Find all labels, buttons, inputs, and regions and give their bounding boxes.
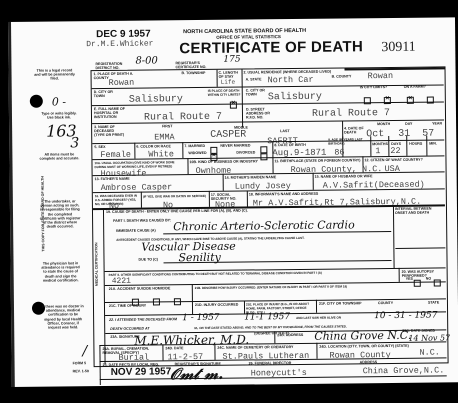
- part-1-label: PART I. DEATH WAS CAUSED BY:: [113, 218, 171, 223]
- widowed-label: WIDOWED: [188, 151, 206, 155]
- registrar-cert-number: 175: [223, 55, 240, 65]
- age-months: 1: [375, 146, 380, 156]
- age-min-label: Min.: [429, 142, 437, 146]
- city-label: d. CITY OR TOWN: [94, 90, 116, 98]
- rev-label: Rev. 1-50: [73, 369, 89, 373]
- within-limits-checkbox[interactable]: [230, 97, 237, 115]
- physician-address-label: 23b. ADDRESS: [277, 333, 303, 337]
- medical-certification-label: MEDICAL CERTIFICATION: [94, 242, 98, 286]
- residence-city-label: c. CITY OR TOWN: [246, 88, 266, 96]
- injury-county-label: COUNTY: [378, 301, 393, 305]
- funeral-address-label: ADDRESS: [360, 360, 378, 364]
- birth-date-label: 8. DATE OF BIRTH: [274, 143, 306, 147]
- margin-tick: /: [82, 343, 87, 359]
- injury-occurred-label: 21d. INJURY OCCURRED: [195, 303, 239, 307]
- residence-county-label: b. COUNTY: [332, 74, 352, 78]
- in-city-limits-label: Is City Limits?: [360, 85, 388, 89]
- autopsy-no-label: NO: [426, 277, 431, 281]
- attended-label: 22. I attended the deceased from: [109, 317, 177, 322]
- cemetery-label: 24c. NAME OF CEMETERY OR CREMATORY: [217, 345, 293, 350]
- death-day-label: Day: [405, 122, 412, 126]
- citizen-label: 12. CITIZEN OF WHAT COUNTRY?: [364, 157, 444, 162]
- last-seen-label: and last saw her alive on: [296, 316, 341, 320]
- form-label: FORM 5: [73, 361, 87, 365]
- due-to-c-label: DUE TO (c): [138, 257, 158, 261]
- name-label: 3. NAME OF DECEASED (Type or Print): [94, 125, 124, 137]
- mother-label: 14. MOTHER'S MAIDEN NAME: [225, 175, 277, 180]
- residence-county: Rowan: [368, 71, 394, 81]
- autopsy-yes-label: YES: [406, 277, 413, 281]
- burial-date-label: 24b. DATE: [165, 346, 183, 350]
- injury-city-label: 21f. CITY OR TOWNSHIP: [319, 301, 362, 305]
- first-name-label: First: [162, 124, 172, 128]
- sex-label: 5. SEX: [94, 145, 105, 149]
- type-legibly-note: Type or write legibly. Use black ink.: [38, 111, 80, 120]
- attended-to: 11-1 1957: [244, 312, 290, 322]
- residence-state-label: a. STATE: [246, 77, 262, 81]
- spouse-label: 15. NAME OF HUSBAND OR WIFE: [315, 174, 373, 179]
- length-of-stay: Life: [221, 79, 235, 86]
- informant-label: 18. INFORMANT'S NAME AND ADDRESS: [249, 192, 319, 197]
- last-seen-alive: 10 - 31 - 1957: [374, 311, 437, 322]
- immediate-cause-label: IMMEDIATE CAUSE (a): [116, 228, 156, 232]
- middle-name: CASPER: [210, 130, 246, 141]
- death-year-label: Year: [432, 121, 442, 125]
- residence-state: North Car: [268, 75, 314, 85]
- street-address-label: d. STREET ADDRESS or R.F.D. NO.: [246, 107, 280, 119]
- funeral-director-label: 26. FUNERAL DIRECTOR: [249, 361, 292, 365]
- death-month: Oct: [366, 129, 384, 140]
- registration-district: 8-00: [135, 55, 158, 66]
- hospital-label: e. FULL NAME OF HOSPITAL OR INSTITUTION: [94, 107, 132, 119]
- death-day: 31: [398, 129, 410, 140]
- date-received: NOV 29 1957: [111, 366, 172, 378]
- divorced-label: DIVORCED: [236, 150, 255, 154]
- physician-address: China Grove N.C.: [314, 329, 411, 343]
- attended-from: 1 - 1957: [182, 313, 220, 323]
- age-days: 22: [390, 146, 400, 156]
- last-name-label: Last: [280, 129, 289, 133]
- accident-suicide-homicide-label: 21a. ACCIDENT SUICIDE HOMICIDE: [109, 286, 171, 291]
- page-title: CERTIFICATE OF DEATH: [179, 38, 363, 57]
- registrar-signature: 𝒪𝓂𝓉 𝓂.: [170, 364, 224, 385]
- complete-items-note: All items must be complete and accurate.: [38, 152, 80, 161]
- death-year: 57: [422, 129, 434, 140]
- injury-time-label: 21c. TIME OF INJURY: [109, 303, 179, 308]
- no-doctor-note: If there was no doctor in attendance, me…: [42, 304, 84, 330]
- married-label: 7. MARRIED: [184, 144, 205, 148]
- death-month-label: Month: [377, 122, 390, 126]
- township-label: b. TOWNSHIP: [182, 71, 206, 75]
- death-occurred-label: Death occurred at: [110, 327, 149, 331]
- interval-label: INTERVAL BETWEEN ONSET AND DEATH: [395, 206, 443, 215]
- physician-note: The physician last in attendance is requ…: [40, 261, 82, 282]
- age-label: 9. AGE (In years last birthday): [328, 137, 364, 145]
- registrar-stamp: Dr.M.E.Whicker: [86, 39, 153, 49]
- age-hours-label: Hours: [409, 142, 422, 146]
- received-date-stamp: DEC 9 1957: [96, 29, 151, 41]
- legal-record-note: This is a legal record and will be perma…: [33, 68, 75, 81]
- date-of-death-label: 4. DATE OF DEATH: [344, 126, 364, 134]
- business-label: 10b. KIND OF BUSINESS OR INDUSTRY: [189, 159, 271, 164]
- residence-city: Salisbury: [268, 92, 322, 104]
- date-signed-label: 23c. DATE SIGNED: [402, 329, 435, 333]
- death-certificate: DEC 9 1957 Dr.M.E.Whicker NORTH CAROLINA…: [8, 17, 458, 387]
- undertaker-note: The undertaker, or person acting as such…: [39, 199, 81, 229]
- never-married-label: NEVER MARRIED: [220, 143, 250, 147]
- margin-code-3: 3: [70, 135, 79, 151]
- injury-state-label: STATE: [428, 300, 439, 304]
- file-number: 30911: [381, 40, 416, 56]
- war-service-label: (If yes, give war or dates of service): [143, 194, 209, 199]
- on-farm-label: On a Farm?: [404, 85, 426, 89]
- first-name: EMMA: [154, 132, 175, 142]
- margin-code-1: 0 -: [52, 95, 66, 108]
- state-copy-vertical-text: THIS COPY FOR STATE BOARD OF HEALTH: [41, 176, 46, 252]
- death-county: Rowan: [109, 78, 135, 88]
- father-label: 13. FATHER'S NAME: [95, 177, 130, 181]
- race-label: 6. COLOR OR RACE: [136, 144, 171, 148]
- length-of-stay-label: c. LENGTH OF STAY: [219, 71, 241, 79]
- burial-state: N.C.: [419, 347, 440, 357]
- punch-hole-top: [30, 95, 43, 108]
- residence-street: Rural Route 7: [312, 108, 390, 120]
